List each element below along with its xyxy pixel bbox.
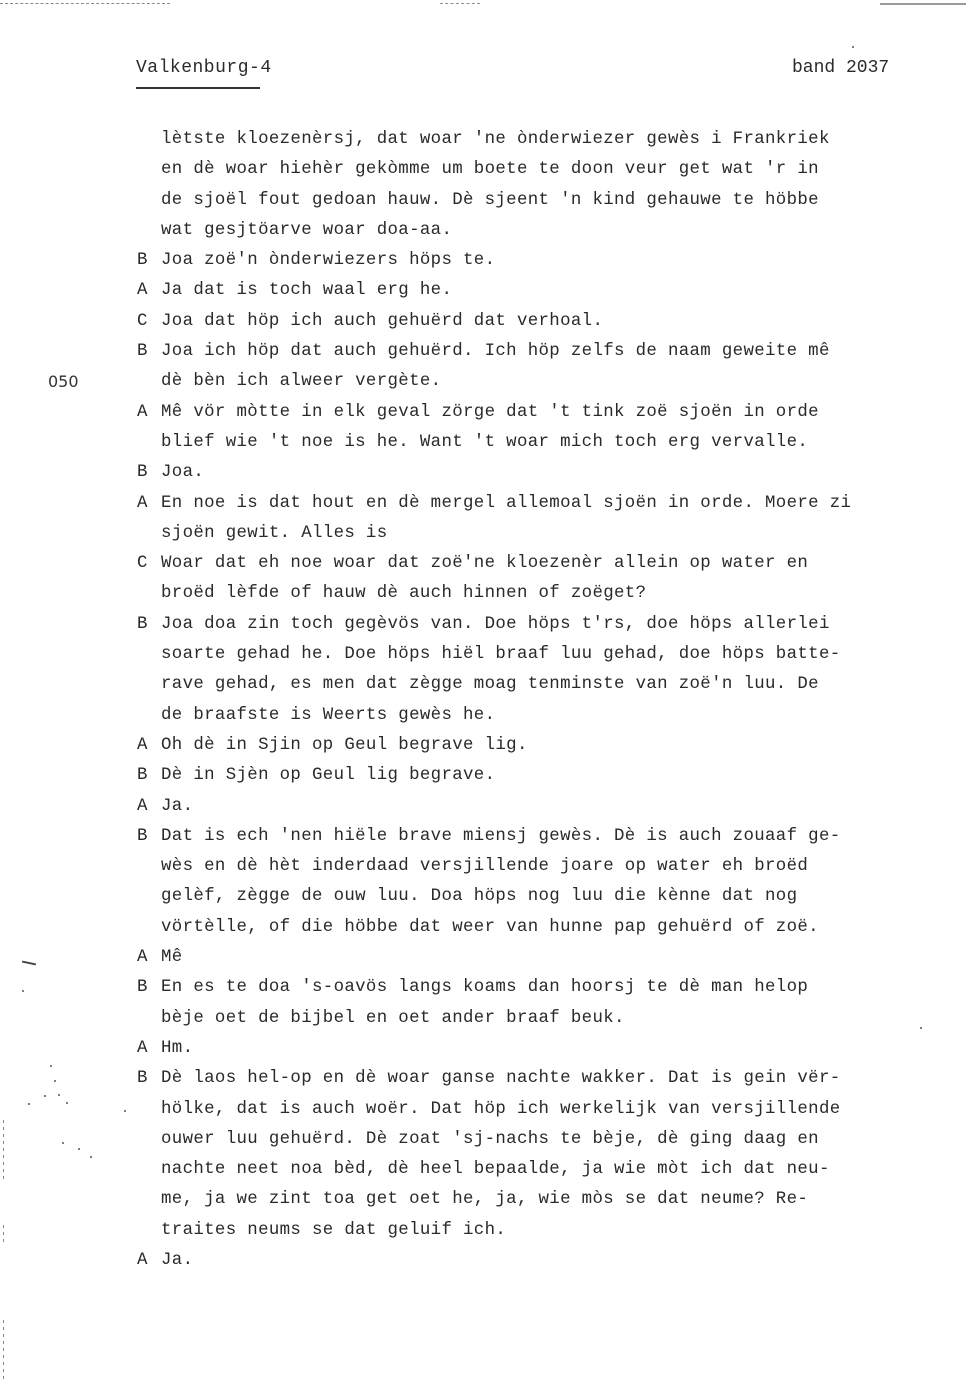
transcript-line: BJoa doa zin toch gegèvös van. Doe höps … (0, 613, 966, 643)
transcript-line: soarte gehad he. Doe höps hiël braaf luu… (0, 643, 966, 673)
transcript-line: ouwer luu gehuërd. Dè zoat 'sj-nachs te … (0, 1128, 966, 1158)
transcript-line: broëd lèfde of hauw dè auch hinnen of zo… (0, 582, 966, 612)
transcript-line: CWoar dat eh noe woar dat zoë'ne kloezen… (0, 552, 966, 582)
transcript-line: vörtèlle, of die höbbe dat weer van hunn… (0, 916, 966, 946)
transcript-line: AJa dat is toch waal erg he. (0, 279, 966, 309)
line-text: Ja. (161, 1249, 193, 1273)
transcript-page: Valkenburg-4 band 2037 050 lètste kloeze… (0, 0, 966, 1391)
scan-edge-mark (440, 3, 480, 6)
line-text: wat gesjtöarve woar doa-aa. (161, 219, 452, 243)
transcript-line: de sjoël fout gedoan hauw. Dè sjeent 'n … (0, 189, 966, 219)
line-text: Oh dè in Sjin op Geul begrave lig. (161, 734, 528, 758)
speaker-label: A (137, 1249, 148, 1273)
transcript-line: AHm. (0, 1037, 966, 1067)
line-text: traites neums se dat geluif ich. (161, 1219, 506, 1243)
transcript-line: traites neums se dat geluif ich. (0, 1219, 966, 1249)
transcript-line: hölke, dat is auch woër. Dat höp ich wer… (0, 1098, 966, 1128)
line-text: dè bèn ich alweer vergète. (161, 370, 441, 394)
speaker-label: B (137, 764, 148, 788)
speaker-label: A (137, 1037, 148, 1061)
band-number: band 2037 (792, 58, 889, 78)
document-title: Valkenburg-4 (136, 58, 272, 78)
line-text: Joa dat höp ich auch gehuërd dat verhoal… (161, 310, 603, 334)
transcript-line: BDè in Sjèn op Geul lig begrave. (0, 764, 966, 794)
transcript-line: en dè woar hiehèr gekòmme um boete te do… (0, 158, 966, 188)
transcript-body: lètste kloezenèrsj, dat woar 'ne ònderwi… (0, 128, 966, 1279)
scan-edge-mark (3, 1120, 4, 1180)
line-text: bèje oet de bijbel en oet ander braaf be… (161, 1007, 625, 1031)
title-underline (136, 87, 260, 89)
speaker-label: A (137, 734, 148, 758)
line-text: nachte neet noa bèd, dè heel bepaalde, j… (161, 1158, 830, 1182)
scan-edge-mark (0, 3, 170, 6)
transcript-line: CJoa dat höp ich auch gehuërd dat verhoa… (0, 310, 966, 340)
line-text: Ja. (161, 795, 193, 819)
transcript-line: BJoa ich höp dat auch gehuërd. Ich höp z… (0, 340, 966, 370)
transcript-line: dè bèn ich alweer vergète. (0, 370, 966, 400)
line-text: Joa. (161, 461, 204, 485)
line-text: Dè in Sjèn op Geul lig begrave. (161, 764, 495, 788)
line-text: Mê vör mòtte in elk geval zörge dat 't t… (161, 401, 819, 425)
line-text: broëd lèfde of hauw dè auch hinnen of zo… (161, 582, 646, 606)
transcript-line: AJa. (0, 1249, 966, 1279)
speaker-label: A (137, 401, 148, 425)
line-text: Hm. (161, 1037, 193, 1061)
speaker-label: A (137, 795, 148, 819)
transcript-line: AJa. (0, 795, 966, 825)
transcript-line: gelèf, zègge de ouw luu. Doa höps nog lu… (0, 885, 966, 915)
speaker-label: A (137, 492, 148, 516)
line-text: me, ja we zint toa get oet he, ja, wie m… (161, 1188, 808, 1212)
speaker-label: B (137, 976, 148, 1000)
scan-edge-mark (3, 1320, 4, 1380)
transcript-line: BJoa zoë'n ònderwiezers höps te. (0, 249, 966, 279)
speaker-label: B (137, 249, 148, 273)
speaker-label: B (137, 340, 148, 364)
speaker-label: B (137, 461, 148, 485)
line-text: blief wie 't noe is he. Want 't woar mic… (161, 431, 808, 455)
line-text: En noe is dat hout en dè mergel allemoal… (161, 492, 851, 516)
line-text: Joa doa zin toch gegèvös van. Doe höps t… (161, 613, 830, 637)
speaker-label: B (137, 613, 148, 637)
line-text: vörtèlle, of die höbbe dat weer van hunn… (161, 916, 819, 940)
speaker-label: C (137, 552, 148, 576)
transcript-line: AEn noe is dat hout en dè mergel allemoa… (0, 492, 966, 522)
line-text: gelèf, zègge de ouw luu. Doa höps nog lu… (161, 885, 797, 909)
line-text: Ja dat is toch waal erg he. (161, 279, 452, 303)
transcript-line: blief wie 't noe is he. Want 't woar mic… (0, 431, 966, 461)
speaker-label: C (137, 310, 148, 334)
transcript-line: AOh dè in Sjin op Geul begrave lig. (0, 734, 966, 764)
transcript-line: wès en dè hèt inderdaad versjillende joa… (0, 855, 966, 885)
line-text: Joa zoë'n ònderwiezers höps te. (161, 249, 495, 273)
line-text: ouwer luu gehuërd. Dè zoat 'sj-nachs te … (161, 1128, 819, 1152)
transcript-line: BDè laos hel-op en dè woar ganse nachte … (0, 1067, 966, 1097)
transcript-line: de braafste is Weerts gewès he. (0, 704, 966, 734)
transcript-line: BDat is ech 'nen hiële brave miensj gewè… (0, 825, 966, 855)
speaker-label: B (137, 825, 148, 849)
line-text: soarte gehad he. Doe höps hiël braaf luu… (161, 643, 841, 667)
line-text: Woar dat eh noe woar dat zoë'ne kloezenè… (161, 552, 808, 576)
transcript-line: BEn es te doa 's-oavös langs koams dan h… (0, 976, 966, 1006)
speaker-label: A (137, 279, 148, 303)
transcript-line: sjoën gewit. Alles is (0, 522, 966, 552)
speaker-label: B (137, 1067, 148, 1091)
scan-edge-mark (880, 3, 966, 7)
transcript-line: wat gesjtöarve woar doa-aa. (0, 219, 966, 249)
line-text: rave gehad, es men dat zègge moag tenmin… (161, 673, 819, 697)
line-text: Joa ich höp dat auch gehuërd. Ich höp ze… (161, 340, 830, 364)
transcript-line: AMê (0, 946, 966, 976)
transcript-line: me, ja we zint toa get oet he, ja, wie m… (0, 1188, 966, 1218)
line-text: Dè laos hel-op en dè woar ganse nachte w… (161, 1067, 841, 1091)
transcript-line: bèje oet de bijbel en oet ander braaf be… (0, 1007, 966, 1037)
line-text: de sjoël fout gedoan hauw. Dè sjeent 'n … (161, 189, 819, 213)
scan-edge-mark (3, 1225, 4, 1245)
transcript-line: nachte neet noa bèd, dè heel bepaalde, j… (0, 1158, 966, 1188)
line-text: en dè woar hiehèr gekòmme um boete te do… (161, 158, 819, 182)
transcript-line: rave gehad, es men dat zègge moag tenmin… (0, 673, 966, 703)
line-text: Dat is ech 'nen hiële brave miensj gewès… (161, 825, 841, 849)
line-text: Mê (161, 946, 183, 970)
speaker-label: A (137, 946, 148, 970)
line-text: En es te doa 's-oavös langs koams dan ho… (161, 976, 808, 1000)
transcript-line: BJoa. (0, 461, 966, 491)
line-text: de braafste is Weerts gewès he. (161, 704, 495, 728)
line-text: lètste kloezenèrsj, dat woar 'ne ònderwi… (161, 128, 830, 152)
line-text: hölke, dat is auch woër. Dat höp ich wer… (161, 1098, 841, 1122)
transcript-line: AMê vör mòtte in elk geval zörge dat 't … (0, 401, 966, 431)
line-text: wès en dè hèt inderdaad versjillende joa… (161, 855, 808, 879)
transcript-line: lètste kloezenèrsj, dat woar 'ne ònderwi… (0, 128, 966, 158)
line-text: sjoën gewit. Alles is (161, 522, 388, 546)
